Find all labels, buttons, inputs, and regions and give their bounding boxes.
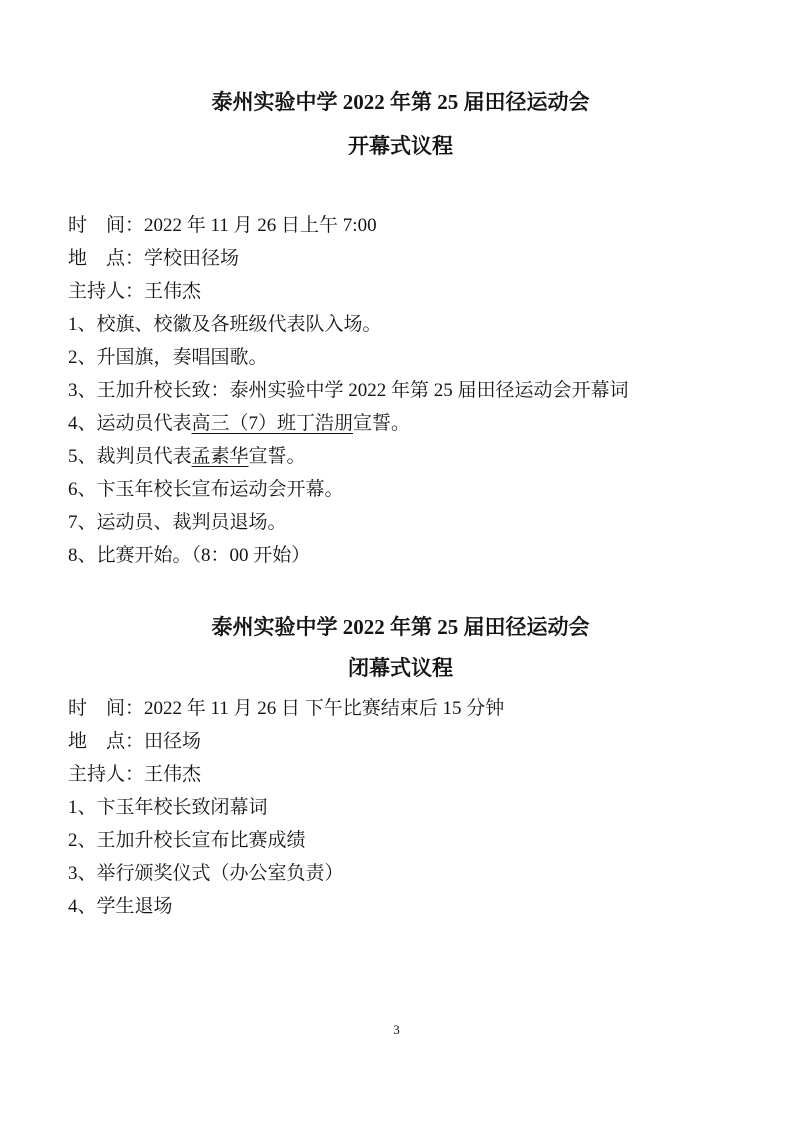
opening-ceremony-section: 泰州实验中学 2022 年第 25 届田径运动会 开幕式议程 时 间：2022 … [68,87,733,572]
info-value: 2022 年 11 月 26 日上午 7:00 [144,215,377,236]
opening-info-line-time: 时 间：2022 年 11 月 26 日上午 7:00 [68,209,733,242]
agenda-item-text: 宣誓。 [353,413,410,434]
closing-title: 泰州实验中学 2022 年第 25 届田径运动会 [68,612,733,642]
agenda-item-text: 6、卞玉年校长宣布运动会开幕。 [68,479,344,500]
agenda-item-text: 2、升国旗，奏唱国歌。 [68,347,268,368]
agenda-item-text: 3、举行颁奖仪式（办公室负责） [68,863,344,884]
info-label: 主持人： [68,281,144,302]
page-number: 3 [0,1022,793,1038]
opening-title: 泰州实验中学 2022 年第 25 届田径运动会 [68,87,733,117]
agenda-item-text: 2、王加升校长宣布比赛成绩 [68,830,306,851]
info-value: 王伟杰 [144,281,201,302]
closing-body: 时 间：2022 年 11 月 26 日 下午比赛结束后 15 分钟 地 点：田… [68,692,733,923]
agenda-item-text: 1、卞玉年校长致闭幕词 [68,797,268,818]
opening-info-line-place: 地 点：学校田径场 [68,242,733,275]
opening-agenda-item-8: 8、比赛开始。（8：00 开始） [68,539,733,572]
info-value: 学校田径场 [144,248,239,269]
opening-agenda-item-2: 2、升国旗，奏唱国歌。 [68,341,733,374]
info-label: 主持人： [68,764,144,785]
closing-agenda-item-2: 2、王加升校长宣布比赛成绩 [68,824,733,857]
closing-ceremony-section: 泰州实验中学 2022 年第 25 届田径运动会 闭幕式议程 时 间：2022 … [68,612,733,923]
info-label: 地 点： [68,248,144,269]
closing-info-line-place: 地 点：田径场 [68,725,733,758]
closing-info-line-host: 主持人：王伟杰 [68,758,733,791]
info-value: 田径场 [144,731,201,752]
agenda-item-text: 3、王加升校长致：泰州实验中学 2022 年第 25 届田径运动会开幕词 [68,380,629,401]
info-label: 时 间： [68,698,144,719]
closing-info-line-time: 时 间：2022 年 11 月 26 日 下午比赛结束后 15 分钟 [68,692,733,725]
agenda-item-underlined-name: 孟素华 [192,446,249,467]
agenda-item-text: 1、校旗、校徽及各班级代表队入场。 [68,314,382,335]
opening-agenda-item-1: 1、校旗、校徽及各班级代表队入场。 [68,308,733,341]
opening-agenda-item-3: 3、王加升校长致：泰州实验中学 2022 年第 25 届田径运动会开幕词 [68,374,733,407]
agenda-item-underlined-name: 高三（7）班丁浩朋 [192,413,354,434]
closing-agenda-item-4: 4、学生退场 [68,890,733,923]
agenda-item-text: 4、运动员代表 [68,413,192,434]
opening-agenda-item-4: 4、运动员代表高三（7）班丁浩朋宣誓。 [68,407,733,440]
info-label: 地 点： [68,731,144,752]
opening-agenda-item-7: 7、运动员、裁判员退场。 [68,506,733,539]
opening-body: 时 间：2022 年 11 月 26 日上午 7:00 地 点：学校田径场 主持… [68,209,733,572]
document-page: 泰州实验中学 2022 年第 25 届田径运动会 开幕式议程 时 间：2022 … [0,0,793,1122]
agenda-item-text: 8、比赛开始。（8：00 开始） [68,545,310,566]
agenda-item-text: 5、裁判员代表 [68,446,192,467]
closing-subtitle: 闭幕式议程 [68,653,733,683]
info-label: 时 间： [68,215,144,236]
opening-agenda-item-5: 5、裁判员代表孟素华宣誓。 [68,440,733,473]
opening-agenda-item-6: 6、卞玉年校长宣布运动会开幕。 [68,473,733,506]
agenda-item-text: 宣誓。 [249,446,306,467]
agenda-item-text: 7、运动员、裁判员退场。 [68,512,287,533]
info-value: 王伟杰 [144,764,201,785]
agenda-item-text: 4、学生退场 [68,896,173,917]
opening-subtitle: 开幕式议程 [68,131,733,161]
info-value: 2022 年 11 月 26 日 下午比赛结束后 15 分钟 [144,698,504,719]
closing-agenda-item-1: 1、卞玉年校长致闭幕词 [68,791,733,824]
opening-info-line-host: 主持人：王伟杰 [68,275,733,308]
closing-agenda-item-3: 3、举行颁奖仪式（办公室负责） [68,857,733,890]
